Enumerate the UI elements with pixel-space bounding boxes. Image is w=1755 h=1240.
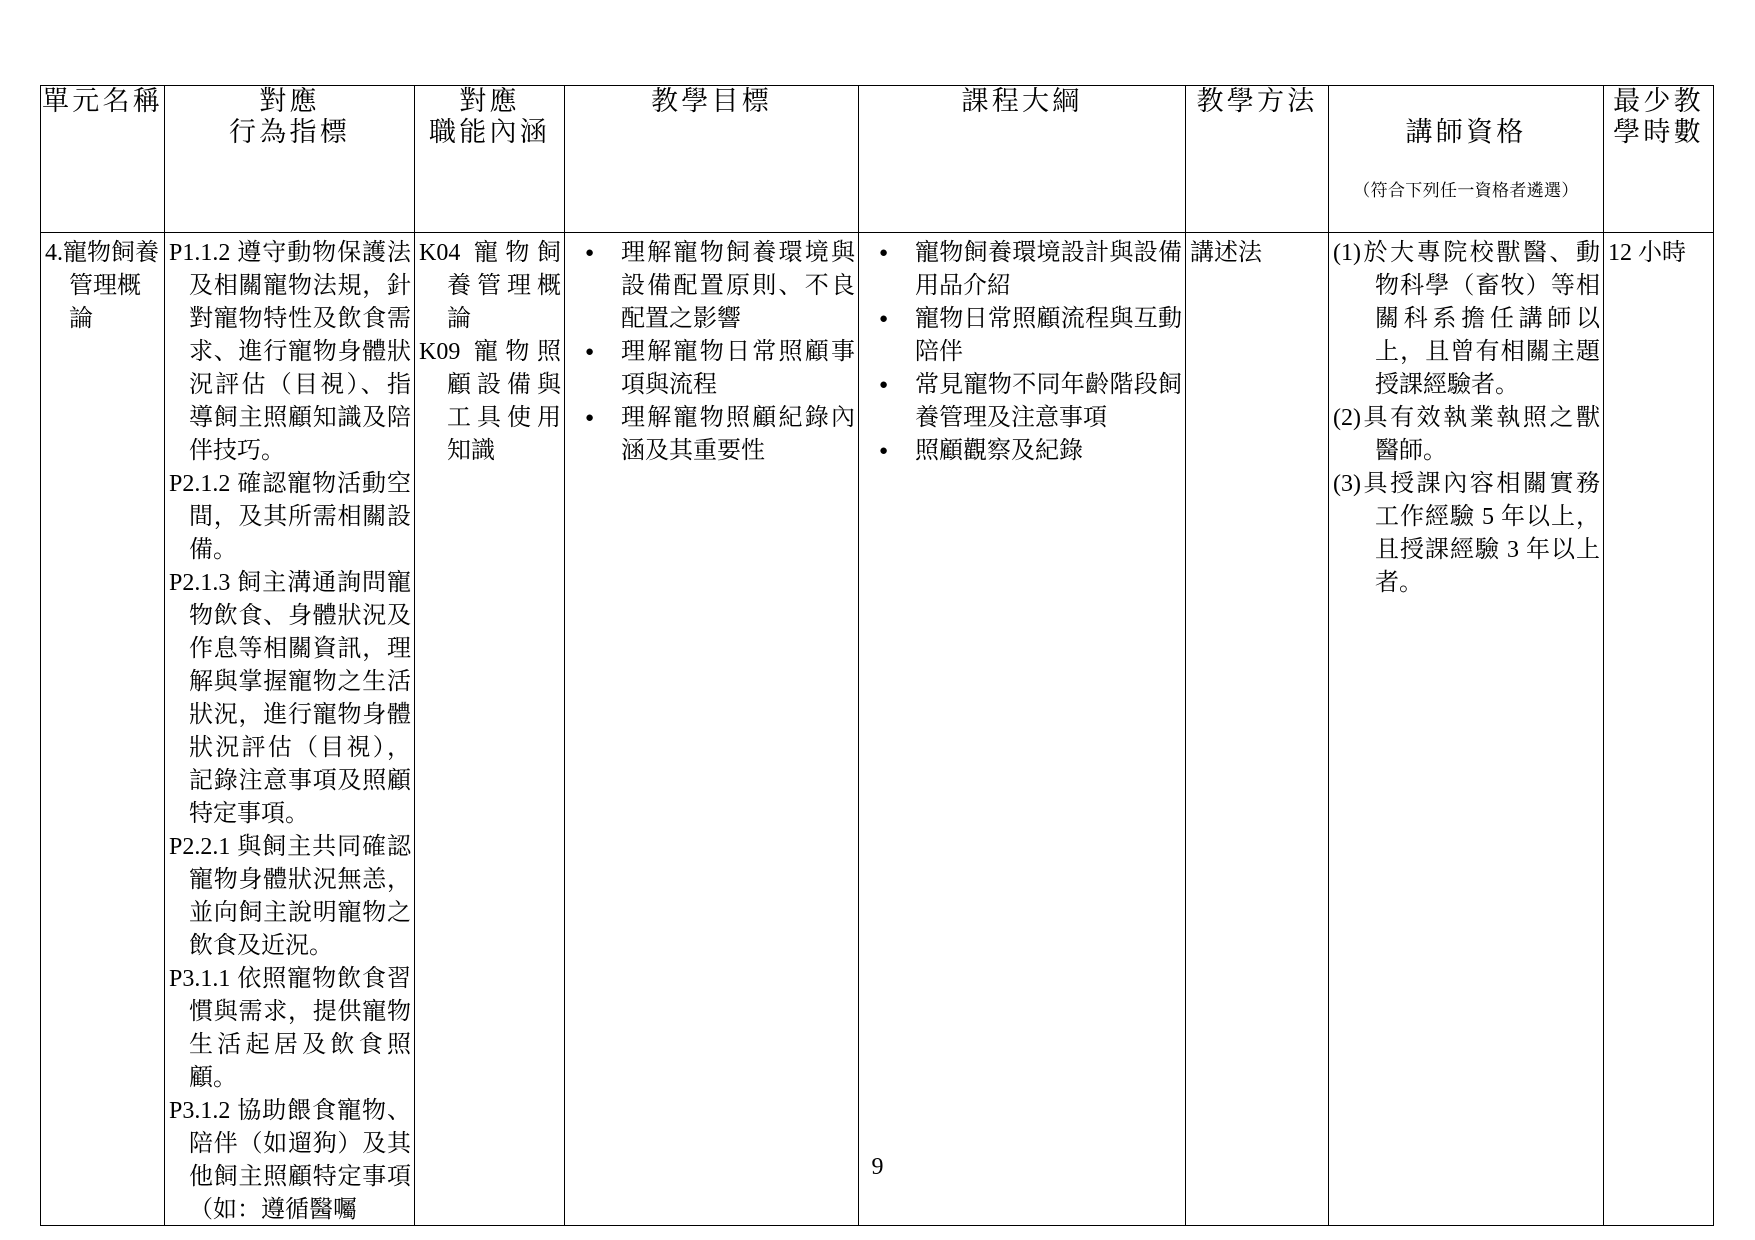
qualification-item: (1)於大專院校獸醫、動物科學（畜牧）等相關科系擔任講師以上，且曾有相關主題授課… <box>1333 237 1600 402</box>
outline-item: ● 照顧觀察及紀錄 <box>863 435 1182 468</box>
cell-qualifications: (1)於大專院校獸醫、動物科學（畜牧）等相關科系擔任講師以上，且曾有相關主題授課… <box>1329 233 1604 1226</box>
outline-text: 常見寵物不同年齡階段飼養管理及注意事項 <box>915 372 1182 431</box>
hours-text: 12 小時 <box>1608 237 1710 270</box>
behavior-indicator-item: P2.1.3 飼主溝通詢問寵物飲食、身體狀況及作息等相關資訊，理解與掌握寵物之生… <box>169 567 411 831</box>
qualification-item: (2)具有效執業執照之獸醫師。 <box>1333 402 1600 468</box>
bullet-icon: ● <box>879 237 888 270</box>
cell-unit-name: 4.寵物飼養管理概論 <box>41 233 165 1226</box>
outline-item: ● 寵物日常照顧流程與互動陪伴 <box>863 303 1182 369</box>
document-page: 單元名稱 對應 行為指標 對應 職能內涵 教學目標 課程大綱 教學方法 講師資格… <box>0 0 1755 1240</box>
instructor-header-note: （符合下列任一資格者遴選） <box>1329 180 1603 201</box>
teaching-method-text: 講述法 <box>1190 237 1325 270</box>
col-header-method: 教學方法 <box>1186 86 1329 233</box>
objective-item: ● 理解寵物照顧紀錄內涵及其重要性 <box>569 402 855 468</box>
bullet-icon: ● <box>879 435 888 468</box>
cell-hours: 12 小時 <box>1604 233 1714 1226</box>
col-header-unit-name: 單元名稱 <box>41 86 165 233</box>
outline-item: ● 常見寵物不同年齡階段飼養管理及注意事項 <box>863 369 1182 435</box>
outline-text: 照顧觀察及紀錄 <box>915 438 1083 464</box>
col-header-behavior-indicators: 對應 行為指標 <box>165 86 415 233</box>
behavior-indicator-item: P2.1.2 確認寵物活動空間，及其所需相關設備。 <box>169 468 411 567</box>
behavior-indicator-item: P1.1.2 遵守動物保護法及相關寵物法規，針對寵物特性及飲食需求、進行寵物身體… <box>169 237 411 468</box>
instructor-header-title: 講師資格 <box>1329 117 1603 148</box>
bullet-icon: ● <box>879 369 888 402</box>
objective-item: ● 理解寵物日常照顧事項與流程 <box>569 336 855 402</box>
behavior-indicator-item: P2.2.1 與飼主共同確認寵物身體狀況無恙，並向飼主說明寵物之飲食及近況。 <box>169 831 411 963</box>
col-header-hours: 最少教 學時數 <box>1604 86 1714 233</box>
outline-item: ● 寵物飼養環境設計與設備用品介紹 <box>863 237 1182 303</box>
unit-row: 4.寵物飼養管理概論 P1.1.2 遵守動物保護法及相關寵物法規，針對寵物特性及… <box>41 233 1714 1226</box>
unit-name-text: 4.寵物飼養管理概論 <box>45 237 161 336</box>
bullet-icon: ● <box>585 237 594 270</box>
objective-text: 理解寵物飼養環境與設備配置原則、不良配置之影響 <box>621 240 855 332</box>
curriculum-table: 單元名稱 對應 行為指標 對應 職能內涵 教學目標 課程大綱 教學方法 講師資格… <box>40 85 1714 1226</box>
competency-item: K04 寵物飼養管理概論 <box>419 237 561 336</box>
outline-text: 寵物飼養環境設計與設備用品介紹 <box>915 240 1182 299</box>
objective-text: 理解寵物日常照顧事項與流程 <box>621 339 855 398</box>
cell-objectives: ● 理解寵物飼養環境與設備配置原則、不良配置之影響 ● 理解寵物日常照顧事項與流… <box>565 233 859 1226</box>
bullet-icon: ● <box>585 402 594 435</box>
bullet-icon: ● <box>879 303 888 336</box>
cell-competencies: K04 寵物飼養管理概論 K09 寵物照顧設備與工具使用知識 <box>415 233 565 1226</box>
bullet-icon: ● <box>585 336 594 369</box>
competency-item: K09 寵物照顧設備與工具使用知識 <box>419 336 561 468</box>
behavior-indicator-item: P3.1.1 依照寵物飲食習慣與需求，提供寵物生活起居及飲食照顧。 <box>169 963 411 1095</box>
objective-text: 理解寵物照顧紀錄內涵及其重要性 <box>621 405 855 464</box>
col-header-objectives: 教學目標 <box>565 86 859 233</box>
col-header-instructor: 講師資格 （符合下列任一資格者遴選） <box>1329 86 1604 233</box>
objective-item: ● 理解寵物飼養環境與設備配置原則、不良配置之影響 <box>569 237 855 336</box>
cell-behavior-indicators: P1.1.2 遵守動物保護法及相關寵物法規，針對寵物特性及飲食需求、進行寵物身體… <box>165 233 415 1226</box>
outline-text: 寵物日常照顧流程與互動陪伴 <box>915 306 1182 365</box>
cell-method: 講述法 <box>1186 233 1329 1226</box>
qualification-item: (3)具授課內容相關實務工作經驗 5 年以上，且授課經驗 3 年以上者。 <box>1333 468 1600 600</box>
page-number: 9 <box>0 1152 1755 1182</box>
col-header-competency: 對應 職能內涵 <box>415 86 565 233</box>
cell-outline: ● 寵物飼養環境設計與設備用品介紹 ● 寵物日常照顧流程與互動陪伴 ● 常見寵物… <box>859 233 1186 1226</box>
header-row: 單元名稱 對應 行為指標 對應 職能內涵 教學目標 課程大綱 教學方法 講師資格… <box>41 86 1714 233</box>
col-header-outline: 課程大綱 <box>859 86 1186 233</box>
